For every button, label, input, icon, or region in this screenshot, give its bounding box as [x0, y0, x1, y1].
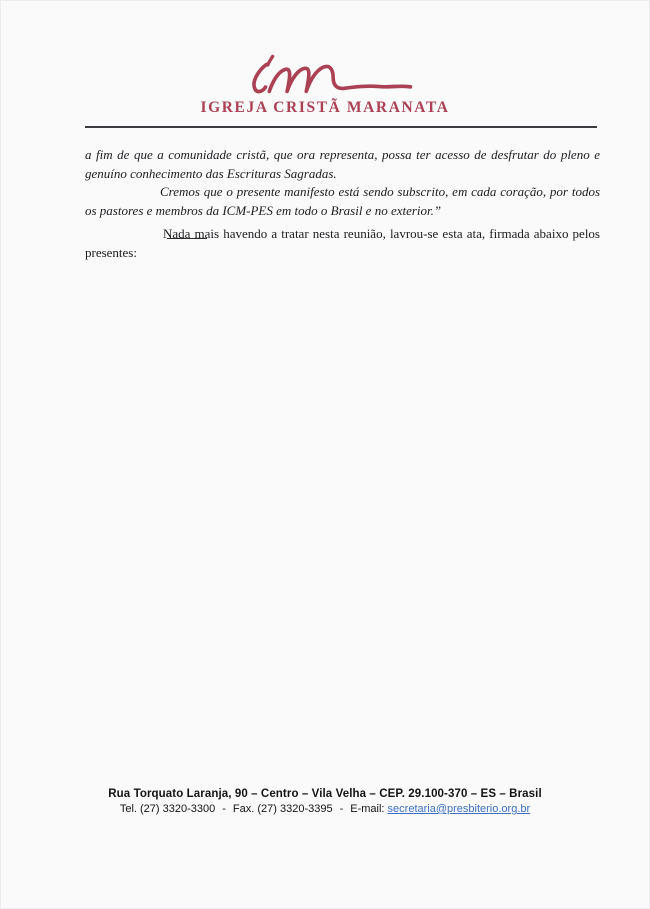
footer-address: Rua Torquato Laranja, 90 – Centro – Vila… [0, 788, 650, 800]
paragraph-1-line-1: a fim de que a comunidade cristã, que or… [85, 146, 600, 165]
header [0, 52, 650, 100]
footer-contact-line: Tel. (27) 3320-3300-Fax. (27) 3320-3395-… [0, 803, 650, 815]
paragraph-2-line-1: Cremos que o presente manifesto está sen… [85, 183, 600, 202]
scanned-document-page: IGREJA CRISTÃ MARANATA a fim de que a co… [0, 0, 650, 909]
footer-separator: - [340, 803, 344, 815]
document-body: a fim de que a comunidade cristã, que or… [85, 146, 600, 262]
paragraph-3-line-2: presentes: [85, 244, 600, 263]
footer: Rua Torquato Laranja, 90 – Centro – Vila… [0, 788, 650, 815]
header-divider [85, 126, 597, 128]
icm-logo-monogram-icon [233, 52, 418, 100]
paragraph-2-line-2: os pastores e membros da ICM-PES em todo… [85, 202, 600, 221]
footer-email-link[interactable]: secretaria@presbiterio.org.br [388, 803, 531, 815]
footer-fax: Fax. (27) 3320-3395 [233, 803, 333, 815]
footer-phone: Tel. (27) 3320-3300 [120, 803, 215, 815]
paragraph-3-line-1: Nada mais havendo a tratar nesta reunião… [85, 225, 600, 244]
paragraph-1-line-2: genuíno conhecimento das Escrituras Sagr… [85, 165, 600, 184]
scan-underline-artifact [167, 238, 207, 239]
footer-email-label: E-mail: [350, 803, 384, 815]
footer-separator: - [222, 803, 226, 815]
org-name-title: IGREJA CRISTÃ MARANATA [0, 99, 650, 117]
